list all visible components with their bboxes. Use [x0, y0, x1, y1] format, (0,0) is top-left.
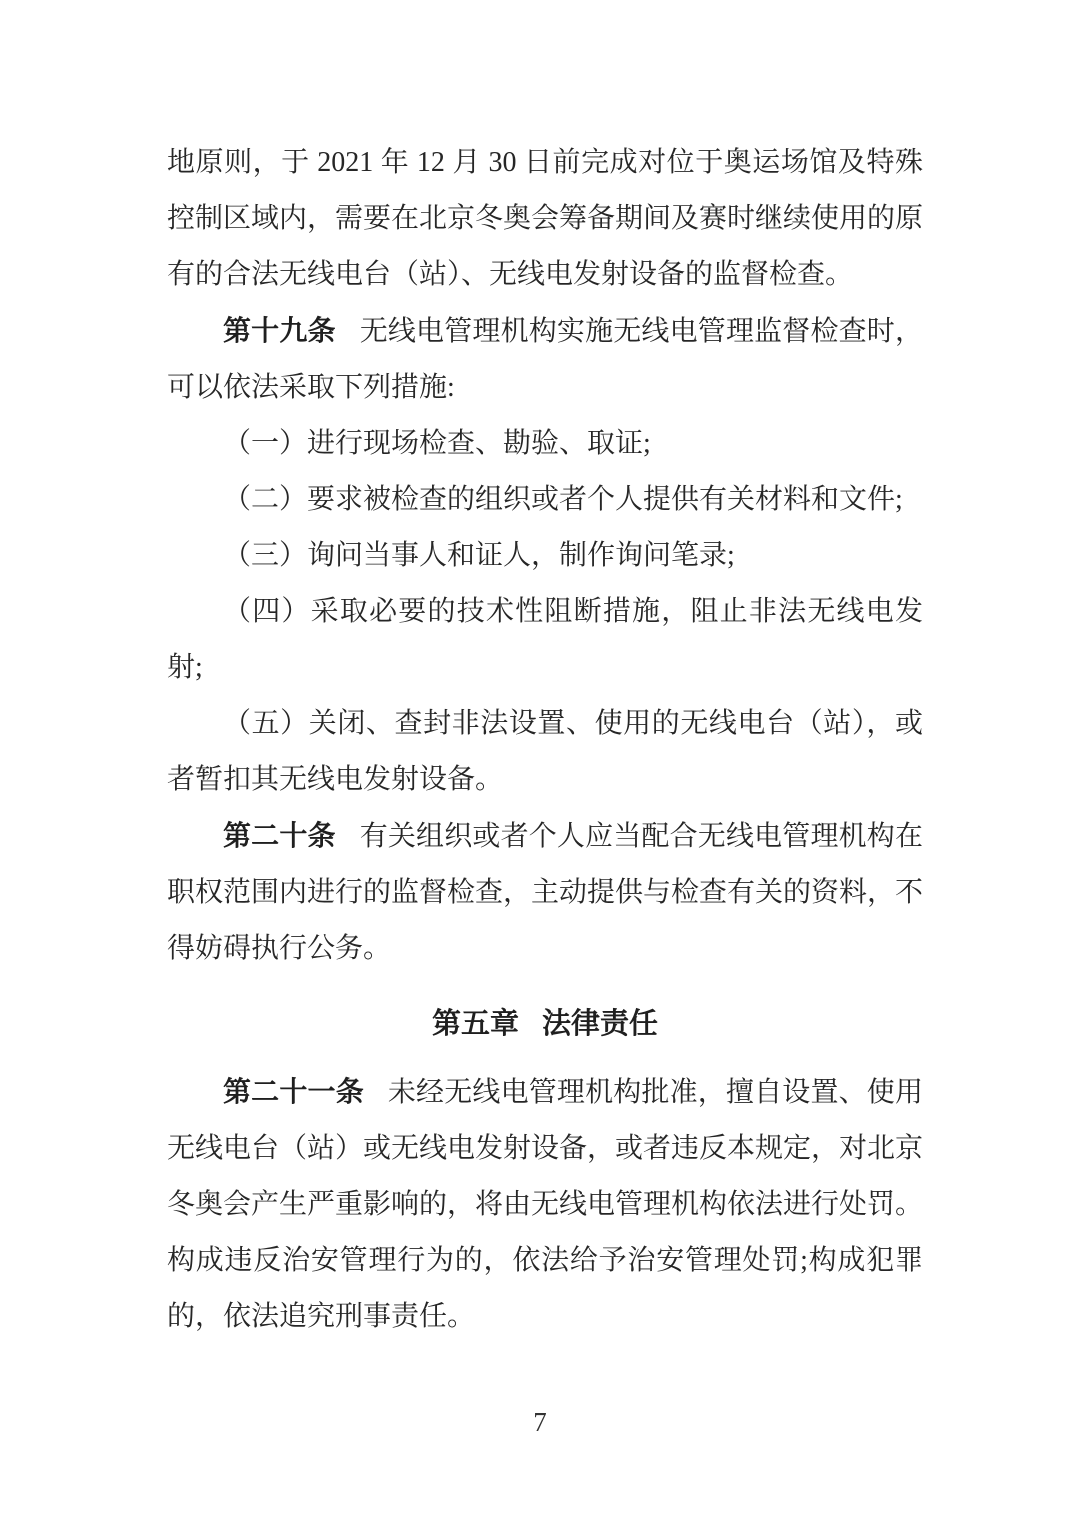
paragraph-text: （四）采取必要的技术性阻断措施，阻止非法无线电发射;: [167, 596, 923, 683]
document-page: 地原则，于 2021 年 12 月 30 日前完成对位于奥运场馆及特殊控制区域内…: [0, 0, 1080, 1527]
article-number-label: 第二十条: [223, 819, 336, 852]
paragraph: 第十九条无线电管理机构实施无线电管理监督检查时，可以依法采取下列措施:: [167, 303, 923, 416]
paragraph: （五）关闭、查封非法设置、使用的无线电台（站），或者暂扣其无线电发射设备。: [167, 696, 923, 808]
paragraph: （四）采取必要的技术性阻断措施，阻止非法无线电发射;: [167, 584, 923, 696]
paragraph: 第二十条有关组织或者个人应当配合无线电管理机构在职权范围内进行的监督检查，主动提…: [167, 808, 923, 977]
paragraph-text: （三）询问当事人和证人，制作询问笔录;: [223, 540, 735, 571]
paragraph-text: （二）要求被检查的组织或者个人提供有关材料和文件;: [223, 484, 903, 515]
paragraph-text: 未经无线电管理机构批准，擅自设置、使用无线电台（站）或无线电发射设备，或者违反本…: [167, 1077, 923, 1332]
article-number-label: 第二十一条: [223, 1075, 364, 1108]
paragraph: 地原则，于 2021 年 12 月 30 日前完成对位于奥运场馆及特殊控制区域内…: [167, 135, 923, 303]
article-number-label: 第十九条: [223, 314, 336, 347]
document-body: 地原则，于 2021 年 12 月 30 日前完成对位于奥运场馆及特殊控制区域内…: [167, 135, 923, 1345]
paragraph: （三）询问当事人和证人，制作询问笔录;: [167, 528, 923, 584]
paragraph: （一）进行现场检查、勘验、取证;: [167, 416, 923, 472]
page-number: 7: [0, 1394, 1080, 1450]
paragraph-text: （一）进行现场检查、勘验、取证;: [223, 428, 651, 459]
chapter-heading: 第五章 法律责任: [167, 995, 923, 1051]
paragraph-text: 地原则，于 2021 年 12 月 30 日前完成对位于奥运场馆及特殊控制区域内…: [167, 147, 923, 290]
paragraph: 第二十一条未经无线电管理机构批准，擅自设置、使用无线电台（站）或无线电发射设备，…: [167, 1064, 923, 1345]
paragraph: （二）要求被检查的组织或者个人提供有关材料和文件;: [167, 472, 923, 528]
paragraph-text: （五）关闭、查封非法设置、使用的无线电台（站），或者暂扣其无线电发射设备。: [167, 708, 923, 795]
